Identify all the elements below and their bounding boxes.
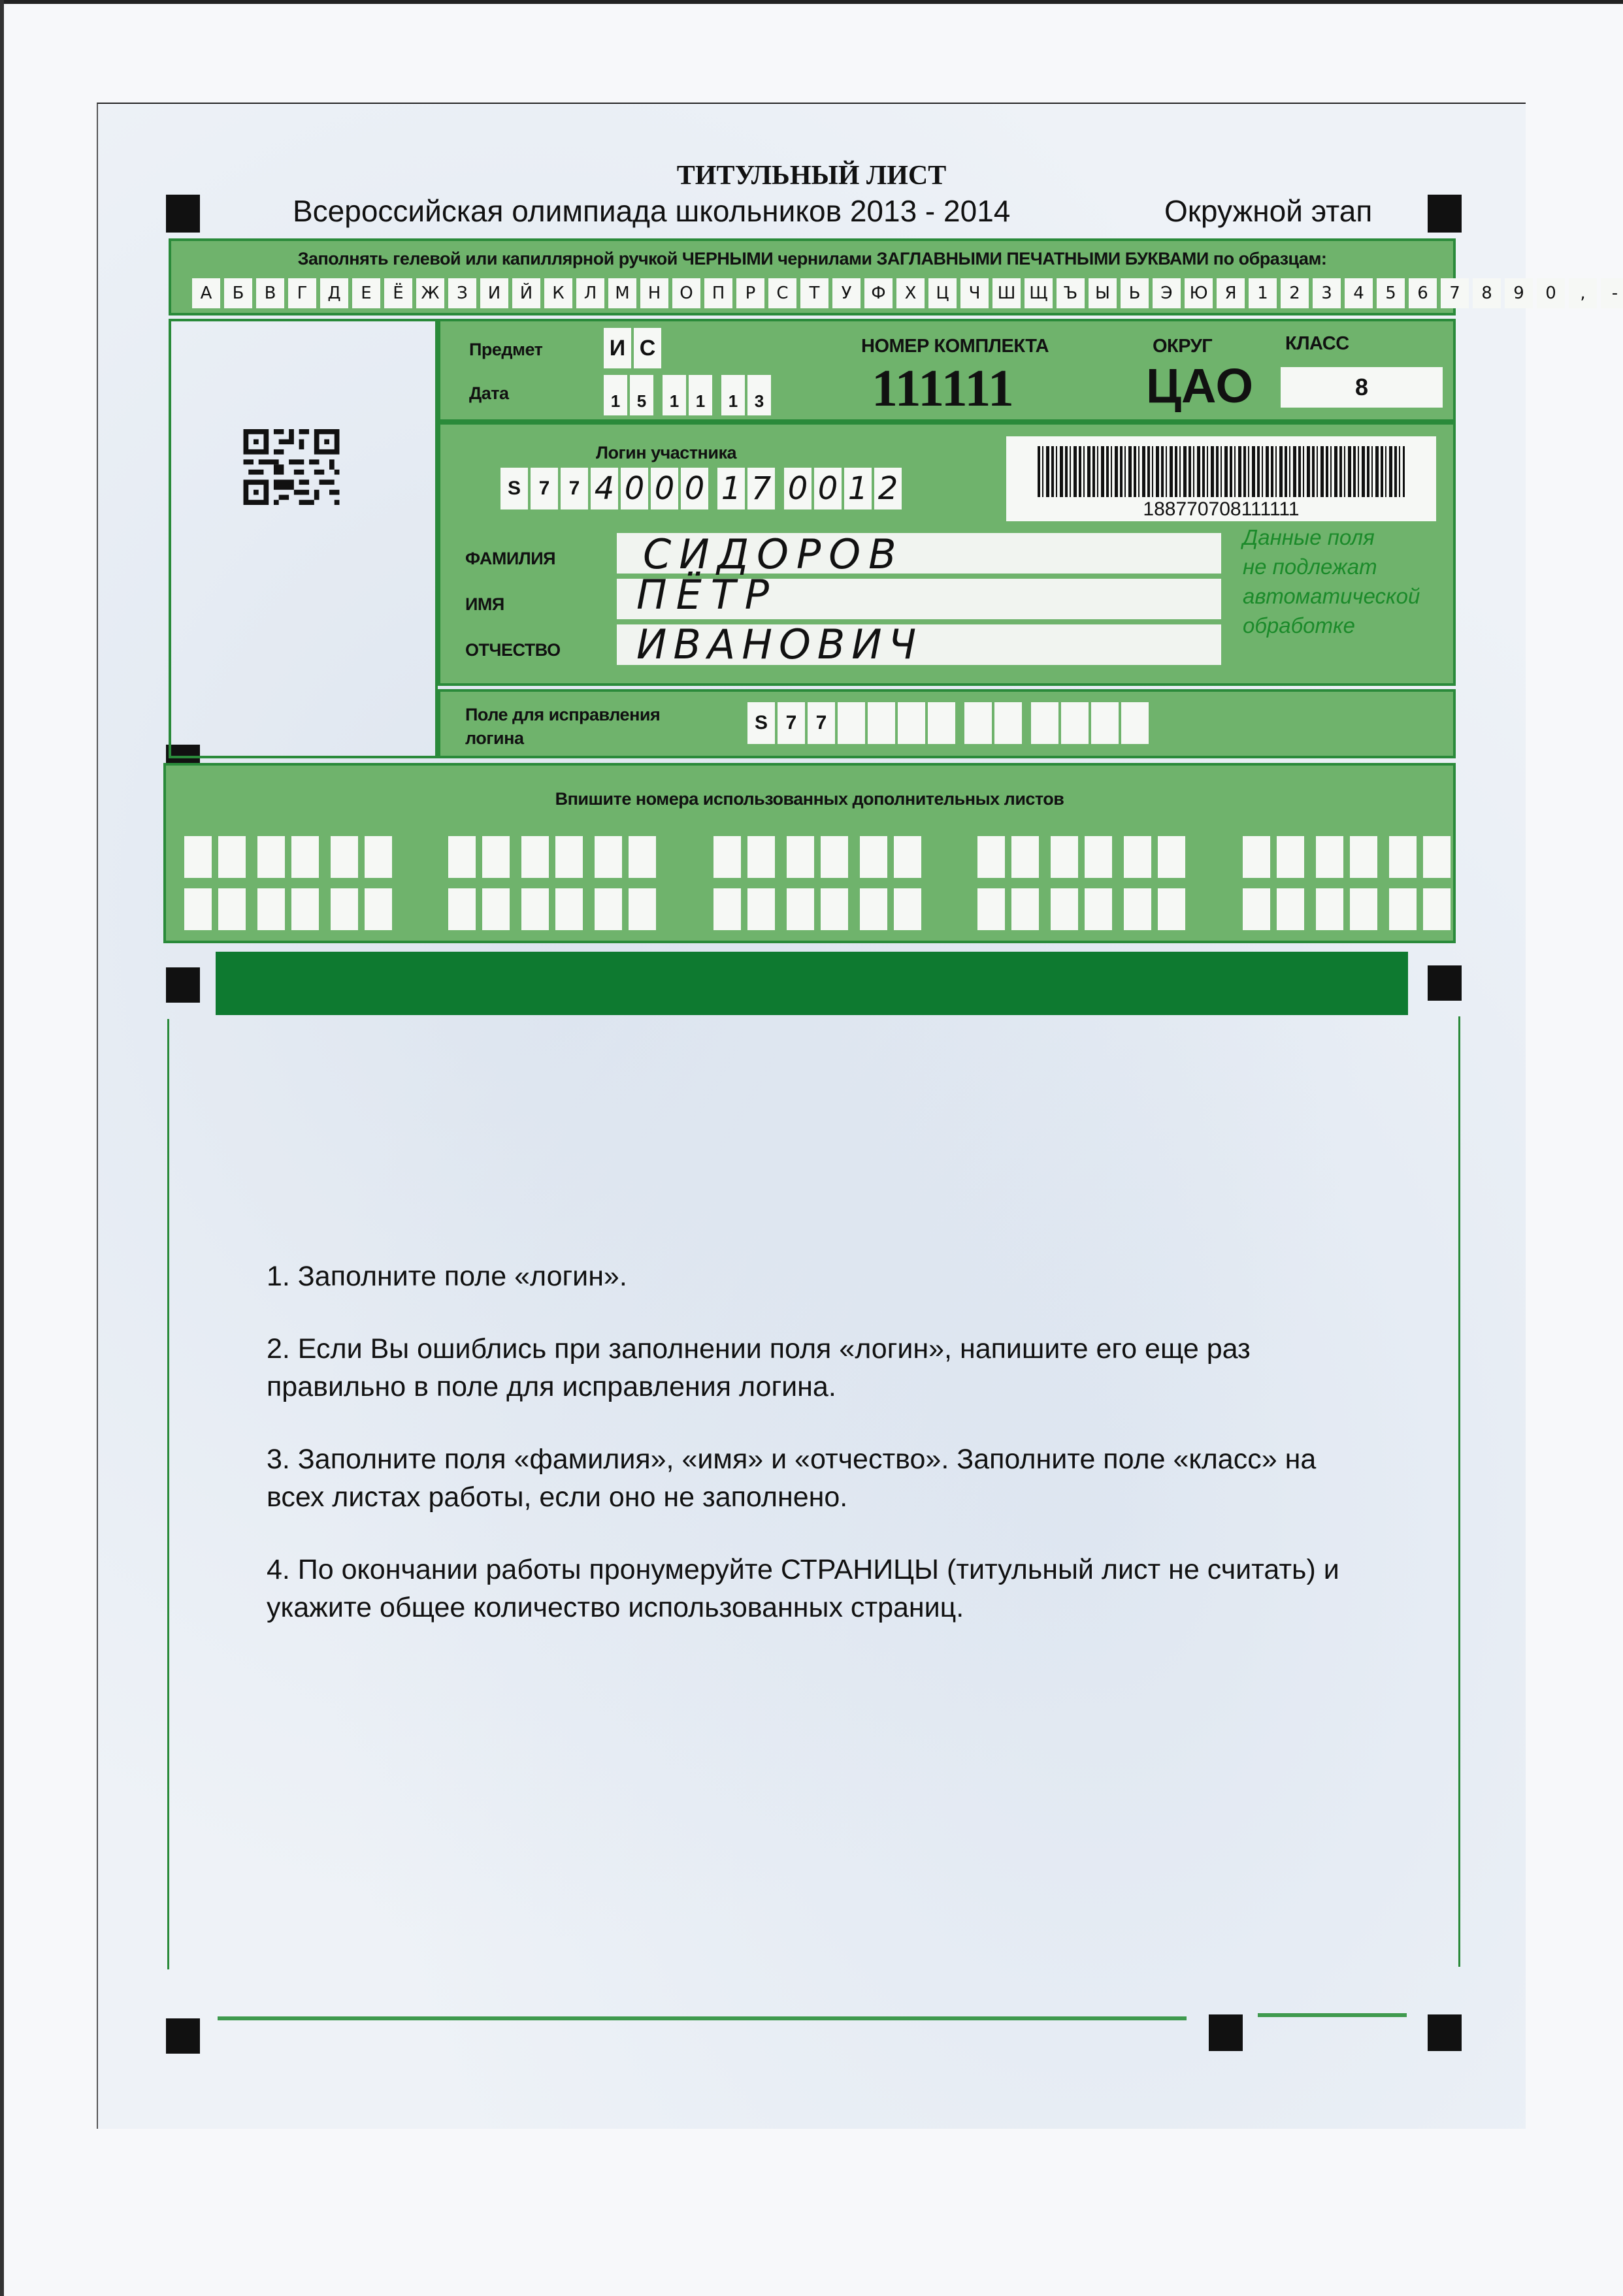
extra-sheet-digit-cell[interactable] <box>184 836 212 878</box>
extra-sheet-digit-cell[interactable] <box>1051 836 1078 878</box>
extra-sheet-digit-cell[interactable] <box>291 888 319 930</box>
scan-edge-top <box>0 0 1623 4</box>
login-correction-cell[interactable] <box>1091 702 1119 744</box>
name-label: ИМЯ <box>465 594 504 615</box>
alignment-marker-bar-right <box>1428 965 1462 1001</box>
sample-char: Т <box>800 278 828 308</box>
name-field[interactable]: ПЁТР <box>617 579 1221 619</box>
extra-sheet-digit-cell[interactable] <box>787 888 814 930</box>
subject-cell[interactable]: С <box>634 328 661 368</box>
sample-char: Ш <box>992 278 1021 308</box>
login-correction-cell[interactable] <box>898 702 925 744</box>
extra-sheet-digit-cell[interactable] <box>1350 836 1377 878</box>
login-cell[interactable]: 0 <box>784 468 811 509</box>
login-correction-cell[interactable] <box>1121 702 1149 744</box>
frame-bottom-line-2 <box>1258 2013 1407 2017</box>
sample-char: Ф <box>864 278 893 308</box>
extra-sheet-digit-cell[interactable] <box>713 888 741 930</box>
date-cell[interactable]: 3 <box>747 375 771 415</box>
extra-sheet-digit-cell[interactable] <box>629 836 656 878</box>
extra-sheet-digit-cell[interactable] <box>555 888 583 930</box>
sample-char: Ё <box>384 278 412 308</box>
instruction-2: 2. Если Вы ошиблись при заполнении поля … <box>267 1330 1364 1406</box>
kit-number-label: НОМЕР КОМПЛЕКТА <box>861 336 1049 357</box>
extra-sheet-digit-cell[interactable] <box>291 836 319 878</box>
sample-char: Д <box>320 278 348 308</box>
login-correction-field[interactable]: S77 <box>747 702 1149 744</box>
login-cell[interactable]: S <box>500 468 528 509</box>
patronymic-value: ИВАНОВИЧ <box>636 621 923 668</box>
sample-char: 6 <box>1409 278 1437 308</box>
login-cell[interactable]: 0 <box>651 468 678 509</box>
subject-label: Предмет <box>469 340 542 360</box>
extra-sheet-digit-cell[interactable] <box>629 888 656 930</box>
manual-processing-note: Данные поля не подлежат автоматической о… <box>1243 523 1420 640</box>
instruction-4: 4. По окончании работы пронумеруйте СТРА… <box>267 1551 1364 1626</box>
login-cell[interactable]: 1 <box>717 468 745 509</box>
sample-char: Е <box>352 278 380 308</box>
subject-cell[interactable]: И <box>604 328 631 368</box>
login-cell[interactable]: 7 <box>531 468 558 509</box>
sample-char: 7 <box>1441 278 1469 308</box>
extra-sheet-digit-cell[interactable] <box>821 888 848 930</box>
extra-sheet-number-field[interactable] <box>977 836 1185 878</box>
login-field[interactable]: S774000170012 <box>500 468 902 509</box>
stage-label: Окружной этап <box>1164 193 1372 229</box>
separator-bar <box>216 952 1408 1015</box>
extra-sheet-digit-cell[interactable] <box>787 836 814 878</box>
sample-char: З <box>448 278 476 308</box>
extra-sheet-digit-cell[interactable] <box>1051 888 1078 930</box>
sample-char: Щ <box>1025 278 1053 308</box>
sample-char: , <box>1569 278 1597 308</box>
login-correction-cell[interactable] <box>964 702 992 744</box>
frame-right <box>1458 1016 1460 1967</box>
extra-sheet-digit-cell[interactable] <box>257 836 285 878</box>
login-correction-cell[interactable] <box>868 702 895 744</box>
scan-edge-left <box>0 0 4 2296</box>
extra-sheet-digit-cell[interactable] <box>747 836 775 878</box>
barcode-number: 188770708111111 <box>1006 498 1436 521</box>
sample-char: Ю <box>1185 278 1213 308</box>
login-correction-label-2: логина <box>465 728 523 749</box>
date-cell[interactable]: 5 <box>630 375 653 415</box>
extra-sheet-digit-cell[interactable] <box>482 888 510 930</box>
instruction-3: 3. Заполните поля «фамилия», «имя» и «от… <box>267 1440 1364 1516</box>
barcode-icon <box>1038 446 1405 497</box>
patronymic-field[interactable]: ИВАНОВИЧ <box>617 624 1221 665</box>
extra-sheet-digit-cell[interactable] <box>482 836 510 878</box>
class-field[interactable]: 8 <box>1281 367 1443 408</box>
extra-sheet-digit-cell[interactable] <box>218 836 246 878</box>
extra-sheet-digit-cell[interactable] <box>1124 888 1151 930</box>
login-correction-label: Поле для исправления <box>465 705 660 725</box>
extra-sheet-number-field[interactable] <box>713 888 921 930</box>
sample-char: Ъ <box>1057 278 1085 308</box>
fill-instruction-panel: Заполнять гелевой или капиллярной ручкой… <box>169 238 1456 315</box>
sample-char: 3 <box>1313 278 1341 308</box>
sample-char: Ж <box>416 278 444 308</box>
extra-sheets-panel: Впишите номера использованных дополнител… <box>163 763 1456 943</box>
extra-sheet-number-field[interactable] <box>1243 888 1451 930</box>
name-value: ПЁТР <box>636 571 778 619</box>
extra-sheets-label: Впишите номера использованных дополнител… <box>166 789 1453 809</box>
extra-sheet-digit-cell[interactable] <box>365 888 392 930</box>
extra-sheet-digit-cell[interactable] <box>1389 836 1417 878</box>
extra-sheet-digit-cell[interactable] <box>860 836 887 878</box>
patronymic-label: ОТЧЕСТВО <box>465 640 561 660</box>
extra-sheet-digit-cell[interactable] <box>1124 836 1151 878</box>
sample-char: А <box>192 278 220 308</box>
sample-char: В <box>256 278 284 308</box>
district-value: ЦАО <box>1146 358 1253 413</box>
login-correction-cell[interactable]: 7 <box>778 702 805 744</box>
login-correction-cell[interactable] <box>838 702 865 744</box>
sample-char: 9 <box>1505 278 1533 308</box>
sample-char: У <box>832 278 861 308</box>
extra-sheet-digit-cell[interactable] <box>821 836 848 878</box>
extra-sheet-digit-cell[interactable] <box>1085 836 1112 878</box>
extra-sheet-number-field[interactable] <box>184 836 392 878</box>
extra-sheet-digit-cell[interactable] <box>448 836 476 878</box>
login-correction-panel: Поле для исправления логина S77 <box>438 689 1456 758</box>
extra-sheet-digit-cell[interactable] <box>713 836 741 878</box>
login-cell[interactable]: 7 <box>561 468 588 509</box>
extra-sheet-digit-cell[interactable] <box>1389 888 1417 930</box>
frame-bottom-line <box>218 2016 1187 2020</box>
login-correction-cell[interactable]: S <box>747 702 775 744</box>
extra-sheet-digit-cell[interactable] <box>1277 836 1304 878</box>
barcode-area: 188770708111111 <box>1006 436 1436 521</box>
extra-sheet-digit-cell[interactable] <box>1277 888 1304 930</box>
extra-sheet-digit-cell[interactable] <box>1350 888 1377 930</box>
sample-char: 1 <box>1249 278 1277 308</box>
alignment-marker-bottom-left <box>166 2018 200 2054</box>
kit-number-value: 111111 <box>872 359 1014 419</box>
extra-sheet-digit-cell[interactable] <box>448 888 476 930</box>
extra-sheet-digit-cell[interactable] <box>1158 888 1185 930</box>
extra-sheet-digit-cell[interactable] <box>894 888 921 930</box>
extra-sheet-digit-cell[interactable] <box>1011 888 1039 930</box>
extra-sheet-digit-cell[interactable] <box>184 888 212 930</box>
login-correction-cell[interactable] <box>1061 702 1089 744</box>
sample-char: 4 <box>1345 278 1373 308</box>
extra-sheet-number-field[interactable] <box>977 888 1185 930</box>
sample-char: П <box>704 278 732 308</box>
subject-cells: ИС <box>604 328 661 368</box>
sample-char: М <box>608 278 636 308</box>
extra-sheet-digit-cell[interactable] <box>1243 888 1270 930</box>
sample-char: Л <box>576 278 604 308</box>
frame-left <box>167 1019 169 1969</box>
extra-sheet-digit-cell[interactable] <box>331 888 358 930</box>
extra-sheet-digit-cell[interactable] <box>1316 888 1343 930</box>
login-correction-cell[interactable] <box>994 702 1022 744</box>
page-title: ТИТУЛЬНЫЙ ЛИСТ <box>0 160 1623 191</box>
extra-sheet-digit-cell[interactable] <box>860 888 887 930</box>
sample-char: - <box>1601 278 1623 308</box>
login-cell[interactable]: 0 <box>814 468 842 509</box>
extra-sheet-number-field[interactable] <box>713 836 921 878</box>
extra-sheet-digit-cell[interactable] <box>331 836 358 878</box>
extra-sheet-digit-cell[interactable] <box>595 888 622 930</box>
sample-char: О <box>672 278 700 308</box>
sample-char: Я <box>1217 278 1245 308</box>
district-label: ОКРУГ <box>1153 336 1212 357</box>
login-cell[interactable]: 1 <box>844 468 872 509</box>
sample-char: Х <box>896 278 925 308</box>
sample-char: И <box>480 278 508 308</box>
extra-sheet-digit-cell[interactable] <box>977 888 1005 930</box>
fill-instruction-text: Заполнять гелевой или капиллярной ручкой… <box>171 249 1453 269</box>
extra-sheet-digit-cell[interactable] <box>977 836 1005 878</box>
qr-code-icon <box>242 429 341 505</box>
sample-char: Й <box>512 278 540 308</box>
extra-sheet-digit-cell[interactable] <box>747 888 775 930</box>
sample-char: Э <box>1153 278 1181 308</box>
extra-sheet-digit-cell[interactable] <box>1085 888 1112 930</box>
sample-char: 2 <box>1281 278 1309 308</box>
extra-sheet-digit-cell[interactable] <box>1158 836 1185 878</box>
extra-sheet-digit-cell[interactable] <box>1243 836 1270 878</box>
login-correction-cell[interactable] <box>928 702 955 744</box>
exam-info-panel: Предмет ИС Дата 151113 НОМЕР КОМПЛЕКТА 1… <box>438 319 1456 422</box>
date-label: Дата <box>469 383 509 404</box>
login-cell[interactable]: 4 <box>591 468 618 509</box>
extra-sheet-digit-cell[interactable] <box>894 836 921 878</box>
alignment-marker-bottom-right <box>1428 2014 1462 2051</box>
instruction-1: 1. Заполните поле «логин». <box>267 1257 1364 1295</box>
extra-sheet-digit-cell[interactable] <box>1011 836 1039 878</box>
instructions: 1. Заполните поле «логин». 2. Если Вы ош… <box>267 1257 1364 1661</box>
sample-char: Ь <box>1121 278 1149 308</box>
sample-characters: АБВГДЕЁЖЗИЙКЛМНОПРСТУФХЦЧШЩЪЫЬЭЮЯ1234567… <box>192 278 1623 308</box>
extra-sheet-digit-cell[interactable] <box>1316 836 1343 878</box>
extra-sheet-digit-cell[interactable] <box>218 888 246 930</box>
login-correction-cell[interactable]: 7 <box>808 702 835 744</box>
qr-code-area <box>169 319 438 758</box>
login-correction-cell[interactable] <box>1031 702 1058 744</box>
date-cell[interactable]: 1 <box>721 375 745 415</box>
sample-char: 8 <box>1473 278 1501 308</box>
alignment-marker-bottom-mid <box>1209 2014 1243 2051</box>
surname-field[interactable]: СИДОРОВ <box>617 533 1221 574</box>
login-cell[interactable]: 0 <box>681 468 708 509</box>
class-label: КЛАСС <box>1285 333 1349 355</box>
extra-sheet-digit-cell[interactable] <box>1423 836 1451 878</box>
sample-char: Б <box>224 278 252 308</box>
surname-label: ФАМИЛИЯ <box>465 549 555 569</box>
sample-char: Р <box>736 278 764 308</box>
extra-sheet-digit-cell[interactable] <box>521 888 549 930</box>
olympiad-title: Всероссийская олимпиада школьников 2013 … <box>293 193 1010 229</box>
alignment-marker-bar-left <box>166 967 200 1003</box>
extra-sheet-number-field[interactable] <box>1243 836 1451 878</box>
extra-sheet-digit-cell[interactable] <box>555 836 583 878</box>
sample-char: 0 <box>1537 278 1565 308</box>
extra-sheet-digit-cell[interactable] <box>521 836 549 878</box>
login-label: Логин участника <box>596 443 736 463</box>
extra-sheet-number-field[interactable] <box>448 888 656 930</box>
extra-sheet-digit-cell[interactable] <box>1423 888 1451 930</box>
login-cell[interactable]: 7 <box>747 468 775 509</box>
extra-sheet-number-field[interactable] <box>448 836 656 878</box>
alignment-marker-top-right <box>1428 195 1462 233</box>
participant-panel: Логин участника S774000170012 1887707081… <box>438 422 1456 686</box>
date-cell[interactable]: 1 <box>663 375 686 415</box>
date-cell[interactable]: 1 <box>604 375 627 415</box>
sample-char: Г <box>288 278 316 308</box>
sample-char: 5 <box>1377 278 1405 308</box>
sample-char: Ы <box>1089 278 1117 308</box>
date-cell[interactable]: 1 <box>689 375 712 415</box>
sample-char: С <box>768 278 796 308</box>
login-cell[interactable]: 0 <box>621 468 648 509</box>
extra-sheet-digit-cell[interactable] <box>595 836 622 878</box>
sample-char: К <box>544 278 572 308</box>
alignment-marker-top-left <box>166 195 200 233</box>
login-cell[interactable]: 2 <box>874 468 902 509</box>
extra-sheet-digit-cell[interactable] <box>365 836 392 878</box>
date-cells: 151113 <box>604 375 771 415</box>
extra-sheet-number-field[interactable] <box>184 888 392 930</box>
sample-char: Ч <box>960 278 989 308</box>
extra-sheet-digit-cell[interactable] <box>257 888 285 930</box>
sample-char: Н <box>640 278 668 308</box>
sample-char: Ц <box>928 278 957 308</box>
